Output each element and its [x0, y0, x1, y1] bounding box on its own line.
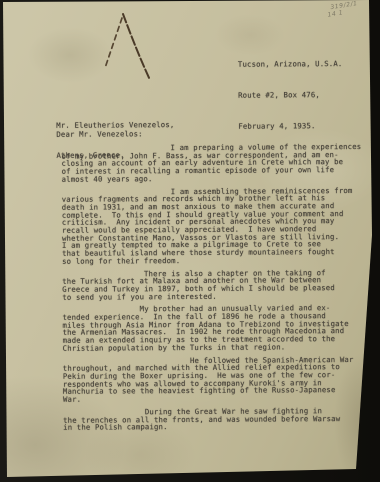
dateline: Tucson, Arizona, U.S.A. Route #2, Box 47…	[238, 39, 343, 152]
paragraph-1: I am preparing a volume of the experienc…	[61, 143, 361, 183]
letter-content: Tucson, Arizona, U.S.A. Route #2, Box 47…	[0, 0, 380, 482]
paragraph-4: My brother had an unusually varied and e…	[62, 304, 362, 352]
scanned-letter-page: 319/2/1 14 1 Tucson, Arizona, U.S.A. Rou…	[0, 0, 380, 482]
paragraph-5: He followed the Spanish-American War thr…	[63, 356, 363, 404]
dateline-city: Tucson, Arizona, U.S.A.	[238, 59, 343, 70]
dateline-route: Route #2, Box 476,	[238, 90, 343, 101]
paragraph-3: There is also a chapter on the taking of…	[62, 268, 362, 301]
paragraph-2: I am assembling these reminiscences from…	[62, 186, 362, 265]
dateline-date: February 4, 1935.	[238, 121, 343, 132]
salutation: Dear Mr. Venezelos:	[56, 129, 142, 139]
letter-body: I am preparing a volume of the experienc…	[61, 143, 363, 437]
paragraph-6: During the Great War he saw fighting in …	[63, 407, 363, 432]
letter-paper: 319/2/1 14 1 Tucson, Arizona, U.S.A. Rou…	[0, 0, 380, 482]
